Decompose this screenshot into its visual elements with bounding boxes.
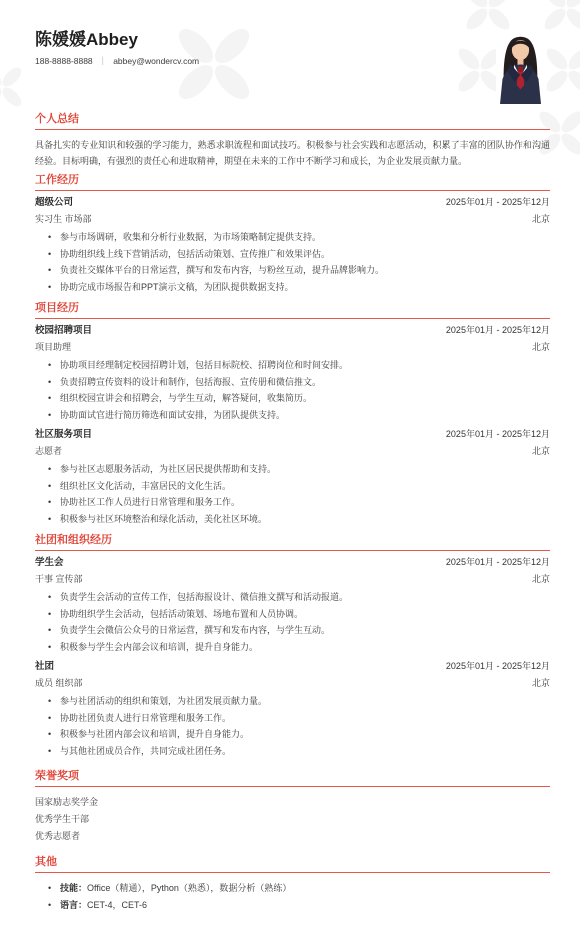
bullet-item: 协助面试官进行简历筛选和面试安排，为团队提供支持。 — [35, 407, 550, 424]
bullet-item: 协助组织学生会活动，包括活动策划、场地布置和人员协调。 — [35, 606, 550, 623]
entry-location: 北京 — [532, 573, 550, 586]
entry-role: 实习生 市场部 — [35, 213, 92, 226]
entry-location: 北京 — [532, 213, 550, 226]
summary-text: 具备扎实的专业知识和较强的学习能力，熟悉求职流程和面试技巧。积极参与社会实践和志… — [35, 137, 550, 169]
bullet-item: 协助社区工作人员进行日常管理和服务工作。 — [35, 494, 550, 511]
work-entry: 超级公司 2025年01月 - 2025年12月 实习生 市场部 北京 参与市场… — [35, 196, 550, 295]
resume-page: 陈媛媛Abbey 188-8888-8888｜abbey@wondercv.co… — [0, 0, 580, 927]
section-honors: 荣誉奖项 国家励志奖学金 优秀学生干部 优秀志愿者 — [35, 770, 550, 845]
skill-item: 技能：Office（精通），Python（熟悉），数据分析（熟练） — [35, 880, 550, 897]
section-title-other: 其他 — [35, 856, 550, 873]
bullet-item: 协助项目经理制定校园招聘计划，包括目标院校、招聘岗位和时间安排。 — [35, 357, 550, 374]
honors-list: 国家励志奖学金 优秀学生干部 优秀志愿者 — [35, 794, 550, 845]
bullet-item: 积极参与社团内部会议和培训，提升自身能力。 — [35, 726, 550, 743]
bullet-item: 负责学生会微信公众号的日常运营，撰写和发布内容，与学生互动。 — [35, 622, 550, 639]
honor-item: 国家励志奖学金 — [35, 794, 550, 811]
language-text: CET-4，CET-6 — [87, 900, 147, 910]
section-projects: 项目经历 校园招聘项目 2025年01月 - 2025年12月 项目助理 北京 … — [35, 302, 550, 527]
entry-date-range: 2025年01月 - 2025年12月 — [446, 556, 550, 569]
entry-role: 项目助理 — [35, 341, 71, 354]
bullet-item: 参与社团活动的组织和策划，为社团发展贡献力量。 — [35, 693, 550, 710]
entry-location: 北京 — [532, 677, 550, 690]
bullet-item: 协助组织线上线下营销活动，包括活动策划、宣传推广和效果评估。 — [35, 246, 550, 263]
language-item: 语言：CET-4，CET-6 — [35, 897, 550, 914]
entry-organization: 社团 — [35, 660, 54, 673]
entry-role: 干事 宣传部 — [35, 573, 83, 586]
club-entry: 学生会 2025年01月 - 2025年12月 干事 宣传部 北京 负责学生会活… — [35, 556, 550, 655]
resume-content: 陈媛媛Abbey 188-8888-8888｜abbey@wondercv.co… — [35, 30, 550, 913]
entry-organization: 校园招聘项目 — [35, 324, 92, 337]
bullet-item: 组织社区文化活动，丰富居民的文化生活。 — [35, 478, 550, 495]
bullet-item: 积极参与社区环境整治和绿化活动，美化社区环境。 — [35, 511, 550, 528]
project-entry: 社区服务项目 2025年01月 - 2025年12月 志愿者 北京 参与社区志愿… — [35, 428, 550, 527]
entry-bullets: 参与市场调研，收集和分析行业数据，为市场策略制定提供支持。 协助组织线上线下营销… — [35, 229, 550, 295]
bullet-item: 与其他社团成员合作，共同完成社团任务。 — [35, 743, 550, 760]
section-title-projects: 项目经历 — [35, 302, 550, 319]
entry-role: 志愿者 — [35, 445, 62, 458]
entry-bullets: 负责学生会活动的宣传工作，包括海报设计、微信推文撰写和活动报道。 协助组织学生会… — [35, 589, 550, 655]
entry-organization: 超级公司 — [35, 196, 73, 209]
contact-separator: ｜ — [99, 56, 108, 66]
candidate-name: 陈媛媛Abbey — [35, 30, 550, 50]
other-list: 技能：Office（精通），Python（熟悉），数据分析（熟练） 语言：CET… — [35, 880, 550, 913]
entry-date-range: 2025年01月 - 2025年12月 — [446, 660, 550, 673]
section-clubs: 社团和组织经历 学生会 2025年01月 - 2025年12月 干事 宣传部 北… — [35, 534, 550, 759]
entry-organization: 学生会 — [35, 556, 64, 569]
entry-organization: 社区服务项目 — [35, 428, 92, 441]
section-title-work: 工作经历 — [35, 174, 550, 191]
phone-number: 188-8888-8888 — [35, 56, 93, 66]
entry-bullets: 参与社团活动的组织和策划，为社团发展贡献力量。 协助社团负责人进行日常管理和服务… — [35, 693, 550, 759]
language-label: 语言： — [60, 900, 87, 910]
entry-location: 北京 — [532, 445, 550, 458]
bullet-item: 组织校园宣讲会和招聘会，与学生互动，解答疑问，收集简历。 — [35, 390, 550, 407]
bullet-item: 参与社区志愿服务活动，为社区居民提供帮助和支持。 — [35, 461, 550, 478]
skill-label: 技能： — [60, 883, 87, 893]
bullet-item: 协助社团负责人进行日常管理和服务工作。 — [35, 710, 550, 727]
bullet-item: 积极参与学生会内部会议和培训，提升自身能力。 — [35, 639, 550, 656]
bullet-item: 负责社交媒体平台的日常运营，撰写和发布内容，与粉丝互动，提升品牌影响力。 — [35, 262, 550, 279]
bullet-item: 参与市场调研，收集和分析行业数据，为市场策略制定提供支持。 — [35, 229, 550, 246]
section-title-honors: 荣誉奖项 — [35, 770, 550, 787]
entry-date-range: 2025年01月 - 2025年12月 — [446, 428, 550, 441]
section-work: 工作经历 超级公司 2025年01月 - 2025年12月 实习生 市场部 北京… — [35, 174, 550, 295]
email-address: abbey@wondercv.com — [113, 56, 199, 66]
entry-bullets: 协助项目经理制定校园招聘计划，包括目标院校、招聘岗位和时间安排。 负责招聘宣传资… — [35, 357, 550, 423]
skill-text: Office（精通），Python（熟悉），数据分析（熟练） — [87, 883, 291, 893]
section-title-clubs: 社团和组织经历 — [35, 534, 550, 551]
honor-item: 优秀志愿者 — [35, 828, 550, 845]
section-summary: 个人总结 具备扎实的专业知识和较强的学习能力，熟悉求职流程和面试技巧。积极参与社… — [35, 113, 550, 169]
entry-role: 成员 组织部 — [35, 677, 83, 690]
bullet-item: 协助完成市场报告和PPT演示文稿，为团队提供数据支持。 — [35, 279, 550, 296]
entry-location: 北京 — [532, 341, 550, 354]
pinwheel-pattern-icon — [0, 60, 29, 114]
entry-date-range: 2025年01月 - 2025年12月 — [446, 324, 550, 337]
section-other: 其他 技能：Office（精通），Python（熟悉），数据分析（熟练） 语言：… — [35, 856, 550, 913]
section-title-summary: 个人总结 — [35, 113, 550, 130]
bullet-item: 负责招聘宣传资料的设计和制作，包括海报、宣传册和微信推文。 — [35, 374, 550, 391]
project-entry: 校园招聘项目 2025年01月 - 2025年12月 项目助理 北京 协助项目经… — [35, 324, 550, 423]
club-entry: 社团 2025年01月 - 2025年12月 成员 组织部 北京 参与社团活动的… — [35, 660, 550, 759]
contact-line: 188-8888-8888｜abbey@wondercv.com — [35, 56, 550, 67]
honor-item: 优秀学生干部 — [35, 811, 550, 828]
bullet-item: 负责学生会活动的宣传工作，包括海报设计、微信推文撰写和活动报道。 — [35, 589, 550, 606]
entry-bullets: 参与社区志愿服务活动，为社区居民提供帮助和支持。 组织社区文化活动，丰富居民的文… — [35, 461, 550, 527]
entry-date-range: 2025年01月 - 2025年12月 — [446, 196, 550, 209]
